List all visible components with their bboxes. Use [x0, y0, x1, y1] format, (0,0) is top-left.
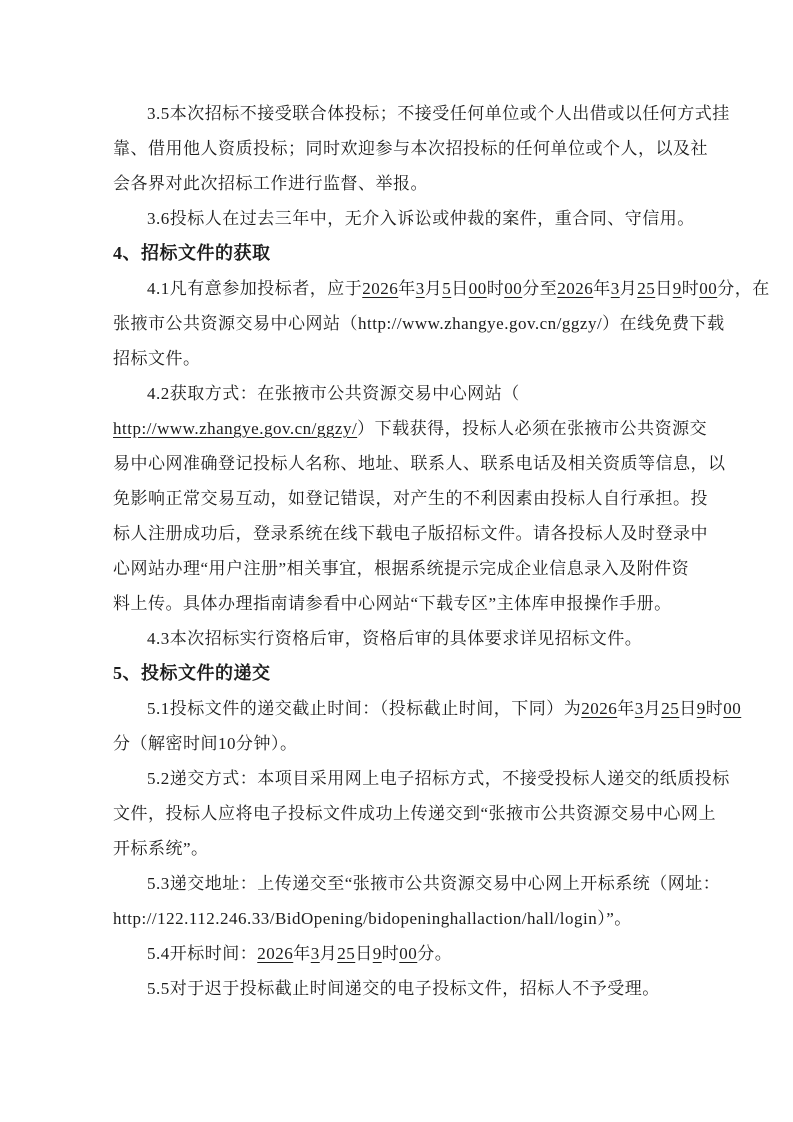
underlined-value: 00: [504, 279, 522, 298]
doc-line: 靠、借用他人资质投标；同时欢迎参与本次招投标的任何单位或个人，以及社: [113, 131, 713, 166]
doc-line: 5.3递交地址：上传递交至“张掖市公共资源交易中心网上开标系统（网址：: [113, 866, 713, 901]
document-page: 3.5本次招标不接受联合体投标；不接受任何单位或个人出借或以任何方式挂靠、借用他…: [0, 0, 793, 1122]
text-segment: 年: [293, 944, 311, 963]
doc-line: 开标系统”。: [113, 831, 713, 866]
text-segment: 标人注册成功后，登录系统在线下载电子版招标文件。请各投标人及时登录中: [113, 524, 708, 543]
doc-line: http://www.zhangye.gov.cn/ggzy/）下载获得，投标人…: [113, 411, 713, 446]
doc-line: 5.1投标文件的递交截止时间：（投标截止时间，下同）为2026年3月25日9时0…: [113, 691, 713, 726]
text-segment: 月: [644, 699, 662, 718]
text-segment: 日: [679, 699, 697, 718]
text-segment: 5.5对于迟于投标截止时间递交的电子投标文件，招标人不予受理。: [147, 979, 660, 998]
doc-line: 张掖市公共资源交易中心网站（http://www.zhangye.gov.cn/…: [113, 306, 713, 341]
text-segment: 5、投标文件的递交: [113, 663, 271, 683]
underlined-value: 9: [697, 699, 706, 718]
text-segment: 4、招标文件的获取: [113, 243, 271, 263]
text-segment: 日: [355, 944, 373, 963]
text-segment: 4.3本次招标实行资格后审，资格后审的具体要求详见招标文件。: [147, 629, 642, 648]
text-segment: 料上传。具体办理指南请参看中心网站“下载专区”主体库申报操作手册。: [113, 594, 672, 613]
underlined-value: 5: [442, 279, 451, 298]
text-segment: 文件，投标人应将电子投标文件成功上传递交到“张掖市公共资源交易中心网上: [113, 804, 716, 823]
underlined-value: 00: [699, 279, 717, 298]
text-segment: 年: [398, 279, 416, 298]
text-segment: 5.2递交方式：本项目采用网上电子招标方式，不接受投标人递交的纸质投标: [147, 769, 730, 788]
text-segment: ）下载获得，投标人必须在张掖市公共资源交: [357, 419, 707, 438]
text-segment: 月: [425, 279, 443, 298]
text-segment: 4.1凡有意参加投标者，应于: [147, 279, 362, 298]
doc-line: 5.2递交方式：本项目采用网上电子招标方式，不接受投标人递交的纸质投标: [113, 761, 713, 796]
underlined-value: 00: [469, 279, 487, 298]
text-segment: http://122.112.246.33/BidOpening/bidopen…: [113, 909, 632, 928]
text-segment: 靠、借用他人资质投标；同时欢迎参与本次招投标的任何单位或个人，以及社: [113, 139, 708, 158]
text-segment: 开标系统”。: [113, 839, 209, 858]
underlined-value: 25: [661, 699, 679, 718]
text-segment: 5.1投标文件的递交截止时间：（投标截止时间，下同）为: [147, 699, 581, 718]
text-segment: 免影响正常交易互动，如登记错误，对产生的不利因素由投标人自行承担。投: [113, 489, 708, 508]
underlined-value: 25: [637, 279, 655, 298]
underlined-value: 2026: [362, 279, 398, 298]
doc-line: 3.5本次招标不接受联合体投标；不接受任何单位或个人出借或以任何方式挂: [113, 96, 713, 131]
text-segment: 时: [706, 699, 724, 718]
text-segment: 张掖市公共资源交易中心网站（http://www.zhangye.gov.cn/…: [113, 314, 725, 333]
doc-line: 5.4开标时间：2026年3月25日9时00分。: [113, 936, 713, 971]
underlined-value: 9: [373, 944, 382, 963]
doc-line: 料上传。具体办理指南请参看中心网站“下载专区”主体库申报操作手册。: [113, 586, 713, 621]
doc-line: 招标文件。: [113, 341, 713, 376]
underlined-value: 2026: [257, 944, 293, 963]
underlined-value: 00: [399, 944, 417, 963]
underlined-value: 3: [611, 279, 620, 298]
text-segment: 5.4开标时间：: [147, 944, 257, 963]
text-segment: 日: [655, 279, 673, 298]
underlined-value: 2026: [581, 699, 617, 718]
doc-line: 5.5对于迟于投标截止时间递交的电子投标文件，招标人不予受理。: [113, 971, 713, 1006]
text-segment: 时: [682, 279, 700, 298]
text-segment: 分（解密时间10分钟）。: [113, 734, 298, 753]
text-segment: 时: [382, 944, 400, 963]
doc-line: 免影响正常交易互动，如登记错误，对产生的不利因素由投标人自行承担。投: [113, 481, 713, 516]
text-segment: 5.3递交地址：上传递交至“张掖市公共资源交易中心网上开标系统（网址：: [147, 874, 720, 893]
doc-line: 标人注册成功后，登录系统在线下载电子版招标文件。请各投标人及时登录中: [113, 516, 713, 551]
text-segment: 4.2获取方式：在张掖市公共资源交易中心网站（: [147, 384, 520, 403]
section-heading: 5、投标文件的递交: [113, 656, 713, 691]
doc-line: http://122.112.246.33/BidOpening/bidopen…: [113, 901, 713, 936]
doc-line: 分（解密时间10分钟）。: [113, 726, 713, 761]
doc-line: 文件，投标人应将电子投标文件成功上传递交到“张掖市公共资源交易中心网上: [113, 796, 713, 831]
section-heading: 4、招标文件的获取: [113, 236, 713, 271]
underlined-value: 3: [311, 944, 320, 963]
text-segment: 分至: [522, 279, 557, 298]
text-segment: 易中心网准确登记投标人名称、地址、联系人、联系电话及相关资质等信息，以: [113, 454, 726, 473]
underlined-value: http://www.zhangye.gov.cn/ggzy/: [113, 419, 357, 438]
doc-line: 4.1凡有意参加投标者，应于2026年3月5日00时00分至2026年3月25日…: [113, 271, 713, 306]
text-segment: 月: [320, 944, 338, 963]
underlined-value: 3: [416, 279, 425, 298]
doc-line: 会各界对此次招标工作进行监督、举报。: [113, 166, 713, 201]
underlined-value: 2026: [557, 279, 593, 298]
doc-line: 心网站办理“用户注册”相关事宜，根据系统提示完成企业信息录入及附件资: [113, 551, 713, 586]
document-body: 3.5本次招标不接受联合体投标；不接受任何单位或个人出借或以任何方式挂靠、借用他…: [113, 96, 713, 1006]
text-segment: 会各界对此次招标工作进行监督、举报。: [113, 174, 428, 193]
text-segment: 年: [617, 699, 635, 718]
underlined-value: 00: [723, 699, 741, 718]
doc-line: 3.6投标人在过去三年中，无介入诉讼或仲裁的案件，重合同、守信用。: [113, 201, 713, 236]
text-segment: 3.6投标人在过去三年中，无介入诉讼或仲裁的案件，重合同、守信用。: [147, 209, 695, 228]
text-segment: 3.5本次招标不接受联合体投标；不接受任何单位或个人出借或以任何方式挂: [147, 104, 730, 123]
underlined-value: 3: [635, 699, 644, 718]
text-segment: 时: [487, 279, 505, 298]
text-segment: 年: [593, 279, 611, 298]
text-segment: 日: [451, 279, 469, 298]
text-segment: 分。: [417, 944, 452, 963]
text-segment: 分，在: [717, 279, 770, 298]
doc-line: 易中心网准确登记投标人名称、地址、联系人、联系电话及相关资质等信息，以: [113, 446, 713, 481]
doc-line: 4.2获取方式：在张掖市公共资源交易中心网站（: [113, 376, 713, 411]
text-segment: 心网站办理“用户注册”相关事宜，根据系统提示完成企业信息录入及附件资: [113, 559, 689, 578]
doc-line: 4.3本次招标实行资格后审，资格后审的具体要求详见招标文件。: [113, 621, 713, 656]
text-segment: 月: [620, 279, 638, 298]
underlined-value: 9: [673, 279, 682, 298]
underlined-value: 25: [337, 944, 355, 963]
text-segment: 招标文件。: [113, 349, 201, 368]
